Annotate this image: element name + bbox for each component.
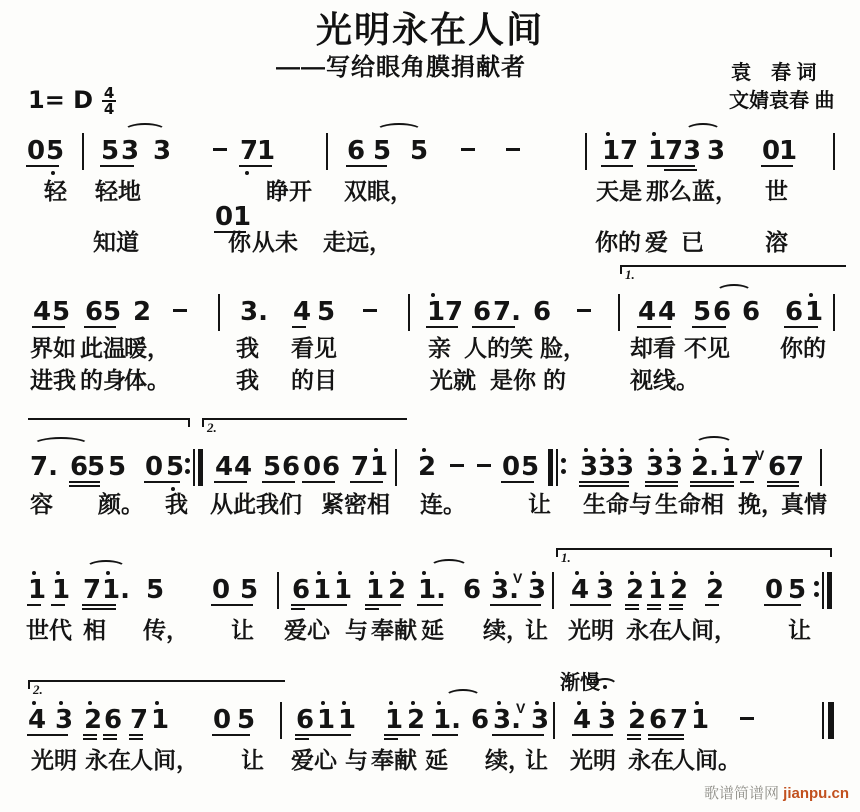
repeat-start-sign bbox=[548, 449, 570, 486]
score-body: 05533716551717330101轻轻地睁开双眼，天是那么蓝，世知道你从未… bbox=[0, 0, 860, 812]
lyric-syllable: 光明 bbox=[31, 742, 77, 775]
octave-dot-high bbox=[575, 571, 579, 575]
lyric-syllable: 奉献 bbox=[371, 612, 417, 645]
octave-dot-high bbox=[695, 448, 699, 452]
dash-note bbox=[477, 464, 491, 467]
octave-dot-high bbox=[674, 571, 678, 575]
octave-dot-high bbox=[669, 448, 673, 452]
note-token: 2. bbox=[691, 452, 719, 482]
note-token: 3 bbox=[528, 575, 546, 605]
lyric-syllable: 相 bbox=[83, 612, 106, 645]
note-token: 4 bbox=[28, 705, 46, 735]
beam-underline bbox=[647, 604, 661, 606]
lyric-syllable: 让 bbox=[241, 742, 264, 775]
watermark-url: jianpu.cn bbox=[783, 785, 849, 802]
note-token: 5 bbox=[103, 297, 121, 327]
octave-dot-high bbox=[495, 571, 499, 575]
slur bbox=[33, 437, 89, 452]
lyric-syllable: 奉献 bbox=[371, 742, 417, 775]
note-token: 4 bbox=[658, 297, 676, 327]
octave-dot-high bbox=[809, 293, 813, 297]
lyric-syllable: 亲 bbox=[428, 330, 451, 363]
note-token: 6 bbox=[471, 705, 489, 735]
lyric-syllable: 却看 bbox=[630, 330, 676, 363]
lyric-syllable: 让 bbox=[525, 612, 548, 645]
note-token: 1 bbox=[28, 575, 46, 605]
beam-underline bbox=[103, 734, 117, 736]
note-token: 7 bbox=[445, 297, 463, 327]
note-token: 1 bbox=[334, 575, 352, 605]
octave-dot-high bbox=[535, 701, 539, 705]
lyric-syllable: 暖， bbox=[124, 330, 170, 363]
lyric-syllable: 走远， bbox=[323, 224, 392, 257]
note-token: 4 bbox=[33, 297, 51, 327]
note-token: 3 bbox=[665, 452, 683, 482]
volta-number: 2. bbox=[207, 420, 217, 436]
lyric-syllable: 永在 bbox=[626, 612, 672, 645]
lyric-syllable: 与 bbox=[345, 742, 368, 775]
beam-underline bbox=[27, 604, 41, 606]
beam-underline bbox=[490, 604, 530, 606]
lyric-syllable: 紧密相 bbox=[321, 486, 390, 519]
octave-dot-high bbox=[577, 701, 581, 705]
lyric-syllable: 的目 bbox=[291, 362, 337, 395]
barline bbox=[833, 133, 835, 170]
note-token: 3 bbox=[531, 705, 549, 735]
note-token: 3 bbox=[707, 136, 725, 166]
note-token: 5 bbox=[373, 136, 391, 166]
note-token: 5 bbox=[46, 136, 64, 166]
note-token: 7 bbox=[665, 136, 683, 166]
note-token: 7 bbox=[670, 705, 688, 735]
note-token: 7 bbox=[130, 705, 148, 735]
tempo-text: 渐慢 bbox=[560, 666, 600, 695]
octave-dot-high bbox=[370, 571, 374, 575]
octave-dot-high bbox=[431, 293, 435, 297]
lyric-syllable: 的 bbox=[543, 362, 566, 395]
volta-number: 1. bbox=[625, 267, 635, 283]
beam-underline bbox=[492, 734, 532, 736]
lyric-syllable: 你的 bbox=[595, 224, 641, 257]
note-token: 7 bbox=[786, 452, 804, 482]
lyric-syllable: 爱 bbox=[645, 224, 668, 257]
lyric-syllable: 传， bbox=[143, 612, 189, 645]
octave-dot-high bbox=[411, 701, 415, 705]
beam-underline bbox=[51, 604, 65, 606]
lyric-syllable: 光明 bbox=[568, 612, 614, 645]
note-token: 1 bbox=[313, 575, 331, 605]
note-token: 6 bbox=[296, 705, 314, 735]
lyric-syllable: 延 bbox=[421, 612, 444, 645]
note-token: 7 bbox=[83, 575, 101, 605]
lyric-syllable: 脸， bbox=[540, 330, 586, 363]
octave-dot-high bbox=[389, 701, 393, 705]
octave-dot-high bbox=[606, 132, 610, 136]
octave-dot-high bbox=[342, 701, 346, 705]
lyric-syllable: 知道 bbox=[93, 224, 139, 257]
note-token: 0 bbox=[303, 452, 321, 482]
lyric-syllable: 生命相 bbox=[655, 486, 724, 519]
note-token: 6 bbox=[742, 297, 760, 327]
beam-underline bbox=[82, 608, 116, 610]
dash-note bbox=[450, 464, 464, 467]
octave-dot-high bbox=[32, 701, 36, 705]
note-token: 1. bbox=[102, 575, 130, 605]
octave-dot-high bbox=[392, 571, 396, 575]
lyric-syllable: 我 bbox=[236, 362, 259, 395]
lyric-syllable: 我们 bbox=[256, 486, 302, 519]
slur bbox=[685, 123, 721, 138]
watermark: 歌谱简谱网 jianpu.cn bbox=[704, 782, 849, 803]
note-token: 6 bbox=[322, 452, 340, 482]
volta-number: 1. bbox=[561, 550, 571, 566]
beam-underline bbox=[705, 604, 719, 606]
note-token: 4 bbox=[293, 297, 311, 327]
octave-dot-high bbox=[422, 571, 426, 575]
volta-bracket: 1. bbox=[556, 548, 832, 557]
beam-underline bbox=[740, 481, 754, 483]
dash-note bbox=[577, 309, 591, 312]
note-token: 6 bbox=[649, 705, 667, 735]
slur bbox=[124, 123, 166, 138]
note-token: 1 bbox=[427, 297, 445, 327]
barline bbox=[395, 449, 397, 486]
beam-underline bbox=[417, 604, 443, 606]
lyric-syllable: 睁开 bbox=[266, 173, 312, 206]
note-token: 6 bbox=[104, 705, 122, 735]
barline bbox=[585, 133, 587, 170]
lyric-syllable: 让 bbox=[525, 742, 548, 775]
note-token: 5 bbox=[240, 575, 258, 605]
note-token: 6 bbox=[473, 297, 491, 327]
octave-dot-high bbox=[602, 701, 606, 705]
dash-note bbox=[363, 309, 377, 312]
note-token: 7 bbox=[351, 452, 369, 482]
lyric-syllable: 已 bbox=[681, 224, 704, 257]
note-token: 0 bbox=[27, 136, 45, 166]
note-token: 1 bbox=[602, 136, 620, 166]
barline bbox=[218, 294, 220, 331]
octave-dot-high bbox=[532, 571, 536, 575]
note-token: 5 bbox=[101, 136, 119, 166]
lyric-syllable: 爱心 bbox=[284, 612, 330, 645]
lyric-syllable: 光明 bbox=[570, 742, 616, 775]
note-token: 0 bbox=[502, 452, 520, 482]
slur bbox=[445, 689, 481, 704]
beam-underline bbox=[129, 734, 143, 736]
octave-dot-high bbox=[88, 701, 92, 705]
lyric-syllable: 颜。 bbox=[98, 486, 144, 519]
note-token: 6 bbox=[70, 452, 88, 482]
note-token: 0 bbox=[213, 705, 231, 735]
note-token: 1 bbox=[385, 705, 403, 735]
volta-bracket: 2. bbox=[202, 418, 407, 427]
beam-underline bbox=[83, 734, 97, 736]
beam-underline bbox=[669, 604, 683, 606]
lyric-syllable: 挽， bbox=[738, 486, 784, 519]
note-token: 1 bbox=[257, 136, 275, 166]
note-token: 5 bbox=[521, 452, 539, 482]
note-token: 5 bbox=[788, 575, 806, 605]
note-token: 1 bbox=[805, 297, 823, 327]
beam-underline bbox=[627, 734, 641, 736]
lyric-syllable: 我 bbox=[236, 330, 259, 363]
barline bbox=[618, 294, 620, 331]
dash-note bbox=[740, 717, 754, 720]
octave-dot-high bbox=[374, 448, 378, 452]
beam-underline bbox=[527, 604, 541, 606]
lyric-syllable: 永在 bbox=[628, 742, 674, 775]
note-token: 2 bbox=[418, 452, 436, 482]
sheet-music-page: 光明永在人间 ——写给眼角膜捐献者 袁 春 词 文婧袁春 曲 1= D44 05… bbox=[0, 0, 860, 812]
note-token: 7. bbox=[30, 452, 58, 482]
note-token: 2 bbox=[84, 705, 102, 735]
lyric-syllable: 进我 bbox=[30, 362, 76, 395]
note-token: 2 bbox=[133, 297, 151, 327]
breath-mark: V bbox=[513, 570, 522, 586]
lyric-syllable: 从此 bbox=[210, 486, 256, 519]
octave-dot-high bbox=[155, 701, 159, 705]
octave-dot-high bbox=[602, 448, 606, 452]
note-token: 0 bbox=[765, 575, 783, 605]
note-token: 1 bbox=[648, 575, 666, 605]
lyric-syllable: 不见 bbox=[684, 330, 730, 363]
note-token: 2 bbox=[670, 575, 688, 605]
note-token: 5 bbox=[87, 452, 105, 482]
note-token: 5 bbox=[52, 297, 70, 327]
note-token: 3 bbox=[580, 452, 598, 482]
beam-underline bbox=[432, 734, 458, 736]
beam-underline bbox=[292, 326, 306, 328]
note-token: 6 bbox=[292, 575, 310, 605]
lyric-syllable: 天是 bbox=[596, 173, 642, 206]
note-token: 0 bbox=[145, 452, 163, 482]
slur bbox=[430, 559, 468, 574]
barline bbox=[408, 294, 410, 331]
octave-dot-high bbox=[56, 571, 60, 575]
octave-dot-high bbox=[32, 571, 36, 575]
final-barline bbox=[822, 702, 844, 739]
beam-underline bbox=[669, 608, 683, 610]
beam-underline bbox=[291, 608, 305, 610]
note-token: 3 bbox=[646, 452, 664, 482]
slur bbox=[376, 123, 422, 138]
octave-dot-high bbox=[338, 571, 342, 575]
lyric-syllable: 让 bbox=[231, 612, 254, 645]
note-token: 0 bbox=[212, 575, 230, 605]
lyric-syllable: 与 bbox=[345, 612, 368, 645]
octave-dot-high bbox=[584, 448, 588, 452]
note-token: 1 bbox=[317, 705, 335, 735]
note-token: 4 bbox=[573, 705, 591, 735]
lyric-syllable: 爱心 bbox=[291, 742, 337, 775]
lyric-syllable: 你的 bbox=[780, 330, 826, 363]
note-token: 7 bbox=[240, 136, 258, 166]
note-token: 5 bbox=[263, 452, 281, 482]
note-token: 2 bbox=[407, 705, 425, 735]
beam-underline bbox=[530, 734, 544, 736]
note-token: 1 bbox=[366, 575, 384, 605]
note-token: 3 bbox=[153, 136, 171, 166]
note-token: 6 bbox=[533, 297, 551, 327]
volta-bracket: 2. bbox=[28, 680, 285, 689]
lyric-syllable: 视线。 bbox=[630, 362, 699, 395]
note-token: 6 bbox=[713, 297, 731, 327]
beam-underline bbox=[103, 738, 117, 740]
note-token: 4 bbox=[638, 297, 656, 327]
beam-underline bbox=[365, 608, 379, 610]
note-token: 1 bbox=[151, 705, 169, 735]
octave-dot-high bbox=[317, 571, 321, 575]
beam-underline bbox=[69, 485, 100, 487]
lyric-syllable: 人间， bbox=[130, 742, 199, 775]
lyric-syllable: 轻地 bbox=[95, 173, 141, 206]
note-token: 4 bbox=[215, 452, 233, 482]
note-token: 1 bbox=[779, 136, 797, 166]
note-token: 5 bbox=[237, 705, 255, 735]
beam-underline bbox=[295, 738, 309, 740]
note-token: 2 bbox=[626, 575, 644, 605]
lyric-syllable: 我 bbox=[165, 486, 188, 519]
breath-mark: V bbox=[516, 700, 525, 716]
lyric-syllable: 从未 bbox=[252, 224, 298, 257]
note-token: 5 bbox=[108, 452, 126, 482]
note-token: 3 bbox=[683, 136, 701, 166]
barline bbox=[552, 572, 554, 609]
note-token: 2 bbox=[388, 575, 406, 605]
slur bbox=[86, 560, 126, 575]
slur bbox=[695, 436, 733, 451]
breath-mark: V bbox=[755, 447, 764, 463]
beam-underline bbox=[384, 738, 398, 740]
note-token: 3 bbox=[55, 705, 73, 735]
note-token: 3 bbox=[616, 452, 634, 482]
note-token: 6 bbox=[785, 297, 803, 327]
octave-dot-high bbox=[650, 448, 654, 452]
octave-dot-high bbox=[632, 701, 636, 705]
octave-dot-high bbox=[437, 701, 441, 705]
dash-note bbox=[173, 309, 187, 312]
lyric-syllable: 容 bbox=[30, 486, 53, 519]
octave-dot-high bbox=[710, 571, 714, 575]
dash-note bbox=[506, 148, 520, 151]
barline bbox=[326, 133, 328, 170]
lyric-syllable: 连。 bbox=[420, 486, 466, 519]
note-token: 7. bbox=[493, 297, 521, 327]
volta-number: 2. bbox=[33, 682, 43, 698]
repeat-end-sign bbox=[814, 572, 836, 609]
note-token: 6 bbox=[347, 136, 365, 166]
volta-bracket: 1. bbox=[620, 265, 846, 274]
lyric-syllable: 让 bbox=[788, 612, 811, 645]
barline bbox=[553, 702, 555, 739]
note-token: 3 bbox=[598, 452, 616, 482]
barline bbox=[820, 449, 822, 486]
lyric-syllable: 是你 bbox=[490, 362, 536, 395]
octave-dot-high bbox=[630, 571, 634, 575]
lyric-syllable: 双眼， bbox=[344, 173, 413, 206]
note-token: 1 bbox=[691, 705, 709, 735]
lyric-syllable: 让 bbox=[528, 486, 551, 519]
lyric-syllable: 的身 bbox=[80, 362, 126, 395]
repeat-end-sign bbox=[185, 449, 207, 486]
lyric-syllable: 你 bbox=[228, 224, 251, 257]
lyric-syllable: 轻 bbox=[44, 173, 67, 206]
octave-dot-high bbox=[652, 571, 656, 575]
note-token: 1 bbox=[370, 452, 388, 482]
note-token: 6 bbox=[282, 452, 300, 482]
note-token: 3 bbox=[598, 705, 616, 735]
barline bbox=[280, 702, 282, 739]
lyric-syllable: 体。 bbox=[124, 362, 170, 395]
beam-underline bbox=[647, 608, 661, 610]
beam-underline bbox=[83, 738, 97, 740]
note-token: 5 bbox=[146, 575, 164, 605]
beam-underline bbox=[625, 604, 639, 606]
note-token: 4 bbox=[234, 452, 252, 482]
note-token: 3. bbox=[240, 297, 268, 327]
note-token: 0 bbox=[762, 136, 780, 166]
volta-bracket bbox=[28, 418, 190, 427]
octave-dot-high bbox=[422, 448, 426, 452]
note-token: 6 bbox=[463, 575, 481, 605]
octave-dot-high bbox=[497, 701, 501, 705]
note-token: 6 bbox=[768, 452, 786, 482]
lyric-syllable: 人的笑 bbox=[464, 330, 533, 363]
lyric-syllable: 世代 bbox=[26, 612, 72, 645]
note-token: 4 bbox=[571, 575, 589, 605]
lyric-syllable: 续， bbox=[483, 612, 529, 645]
octave-dot-high bbox=[321, 701, 325, 705]
lyric-syllable: 人间， bbox=[668, 612, 737, 645]
beam-underline bbox=[627, 738, 641, 740]
note-token: 2 bbox=[628, 705, 646, 735]
note-token: 6 bbox=[85, 297, 103, 327]
dash-note bbox=[213, 148, 227, 151]
beam-underline bbox=[664, 169, 697, 171]
lyric-syllable: 此温 bbox=[80, 330, 126, 363]
lyric-syllable: 那么蓝， bbox=[646, 173, 738, 206]
barline bbox=[833, 294, 835, 331]
lyric-syllable: 溶 bbox=[765, 224, 788, 257]
lyric-syllable: 世 bbox=[765, 173, 788, 206]
dash-note bbox=[461, 148, 475, 151]
note-token: 7 bbox=[620, 136, 638, 166]
note-token: 3 bbox=[596, 575, 614, 605]
lyric-syllable: 光就 bbox=[430, 362, 476, 395]
octave-dot-high bbox=[59, 701, 63, 705]
note-token: 1. bbox=[433, 705, 461, 735]
lyric-syllable: 永在 bbox=[85, 742, 131, 775]
note-token: 1 bbox=[648, 136, 666, 166]
note-token: 5 bbox=[693, 297, 711, 327]
beam-underline bbox=[625, 608, 639, 610]
octave-dot-high bbox=[695, 701, 699, 705]
octave-dot-high bbox=[620, 448, 624, 452]
watermark-site-name: 歌谱简谱网 bbox=[704, 785, 783, 802]
note-token: 1 bbox=[338, 705, 356, 735]
lyric-syllable: 延 bbox=[425, 742, 448, 775]
note-token: 1. bbox=[418, 575, 446, 605]
note-token: 2 bbox=[706, 575, 724, 605]
octave-dot-high bbox=[652, 132, 656, 136]
note-token: 1 bbox=[721, 452, 739, 482]
note-token: 5 bbox=[166, 452, 184, 482]
lyric-syllable: 真情 bbox=[781, 486, 827, 519]
beam-underline bbox=[129, 738, 143, 740]
lyric-syllable: 生命与 bbox=[583, 486, 652, 519]
note-token: 5 bbox=[317, 297, 335, 327]
